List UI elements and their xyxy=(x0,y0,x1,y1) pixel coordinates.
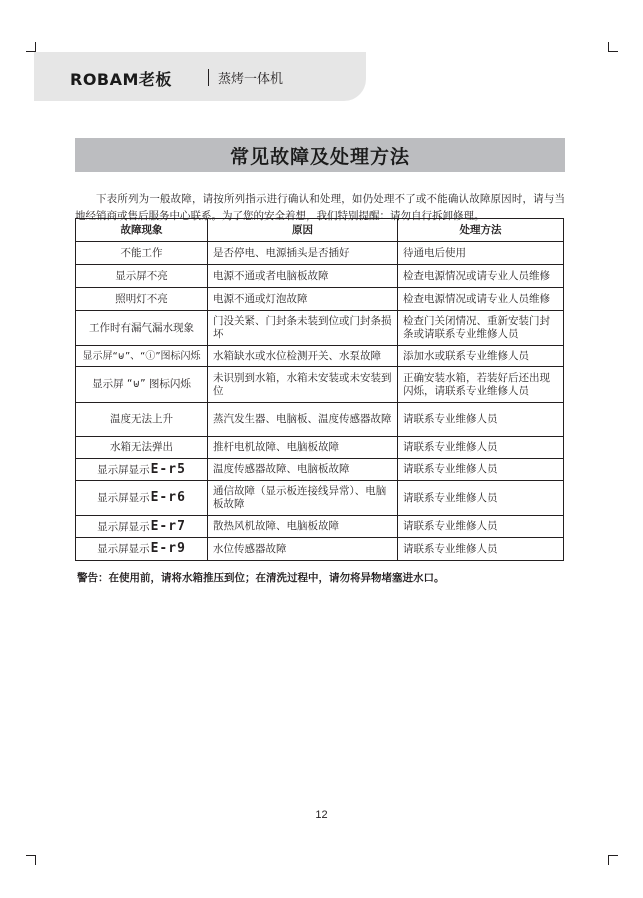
column-header-symptom: 故障现象 xyxy=(76,219,208,242)
solution-cell: 请联系专业维修人员 xyxy=(398,403,564,437)
solution-cell: 检查门关闭情况、重新安装门封条或请联系专业维修人员 xyxy=(398,311,564,346)
cause-cell: 温度传感器故障、电脑板故障 xyxy=(208,459,398,481)
error-code-display: E-r7 xyxy=(151,519,186,534)
symptom-text: 显示屏显示 xyxy=(97,464,150,476)
table-row: 显示屏显示E-r9 水位传感器故障 请联系专业维修人员 xyxy=(76,538,564,561)
symptom-cell: 显示屏不亮 xyxy=(76,265,208,288)
error-code-display: E-r6 xyxy=(151,490,186,505)
cause-cell: 电源不通或灯泡故障 xyxy=(208,288,398,311)
cause-cell: 水位传感器故障 xyxy=(208,538,398,561)
symptom-cell: 显示屏“⊎”、“ⓘ”图标闪烁 xyxy=(76,346,208,367)
symptom-cell: 显示屏显示E-r7 xyxy=(76,516,208,538)
crop-mark-top-right xyxy=(608,42,618,52)
error-code-display: E-r5 xyxy=(151,462,186,477)
cause-cell: 水箱缺水或水位检测开关、水泵故障 xyxy=(208,346,398,367)
cause-cell: 散热风机故障、电脑板故障 xyxy=(208,516,398,538)
symptom-text: 显示屏显示 xyxy=(97,492,150,504)
section-title: 常见故障及处理方法 xyxy=(230,142,410,169)
crop-mark-top-left xyxy=(26,42,36,52)
solution-cell: 检查电源情况或请专业人员维修 xyxy=(398,288,564,311)
column-header-solution: 处理方法 xyxy=(398,219,564,242)
brand-logo: ROBAM老板 xyxy=(70,67,172,90)
cause-cell: 电源不通或者电脑板故障 xyxy=(208,265,398,288)
cause-cell: 蒸汽发生器、电脑板、温度传感器故障 xyxy=(208,403,398,437)
solution-cell: 请联系专业维修人员 xyxy=(398,516,564,538)
symptom-cell: 显示屏 “⊎” 图标闪烁 xyxy=(76,367,208,403)
symptom-text: 照明灯不亮 xyxy=(115,293,168,305)
symptom-text: 显示屏不亮 xyxy=(115,270,168,282)
solution-cell: 请联系专业维修人员 xyxy=(398,481,564,516)
symptom-text: 温度无法上升 xyxy=(110,413,173,425)
table-row: 显示屏“⊎”、“ⓘ”图标闪烁 水箱缺水或水位检测开关、水泵故障 添加水或联系专业… xyxy=(76,346,564,367)
table-row: 显示屏显示E-r5 温度传感器故障、电脑板故障 请联系专业维修人员 xyxy=(76,459,564,481)
symptom-cell: 工作时有漏气漏水现象 xyxy=(76,311,208,346)
solution-cell: 正确安装水箱，若装好后还出现闪烁，请联系专业维修人员 xyxy=(398,367,564,403)
solution-cell: 请联系专业维修人员 xyxy=(398,437,564,459)
warning-note: 警告：在使用前，请将水箱推压到位；在清洗过程中，请勿将异物堵塞进水口。 xyxy=(77,570,445,585)
error-code-display: E-r9 xyxy=(151,541,186,556)
symptom-text: 水箱无法弹出 xyxy=(110,441,173,453)
crop-mark-bottom-left xyxy=(26,855,36,865)
symptom-cell: 显示屏显示E-r9 xyxy=(76,538,208,561)
symptom-text: 显示屏“⊎”、“ⓘ”图标闪烁 xyxy=(82,351,200,362)
section-title-band: 常见故障及处理方法 xyxy=(75,138,565,172)
solution-cell: 检查电源情况或请专业人员维修 xyxy=(398,265,564,288)
troubleshooting-table: 故障现象 原因 处理方法 不能工作 是否停电、电源插头是否插好 待通电后使用 显… xyxy=(75,218,564,561)
symptom-cell: 水箱无法弹出 xyxy=(76,437,208,459)
table-row: 显示屏不亮 电源不通或者电脑板故障 检查电源情况或请专业人员维修 xyxy=(76,265,564,288)
cause-cell: 是否停电、电源插头是否插好 xyxy=(208,242,398,265)
cause-cell: 未识别到水箱，水箱未安装或未安装到位 xyxy=(208,367,398,403)
symptom-text: 不能工作 xyxy=(121,247,163,259)
table-row: 温度无法上升 蒸汽发生器、电脑板、温度传感器故障 请联系专业维修人员 xyxy=(76,403,564,437)
table-row: 水箱无法弹出 推杆电机故障、电脑板故障 请联系专业维修人员 xyxy=(76,437,564,459)
cause-cell: 推杆电机故障、电脑板故障 xyxy=(208,437,398,459)
symptom-text: 显示屏显示 xyxy=(97,543,150,555)
table-row: 显示屏显示E-r6 通信故障（显示板连接线异常）、电脑板故障 请联系专业维修人员 xyxy=(76,481,564,516)
column-header-cause: 原因 xyxy=(208,219,398,242)
page-number: 12 xyxy=(0,809,643,821)
symptom-text: 工作时有漏气漏水现象 xyxy=(89,322,194,334)
table-row: 不能工作 是否停电、电源插头是否插好 待通电后使用 xyxy=(76,242,564,265)
symptom-cell: 照明灯不亮 xyxy=(76,288,208,311)
running-header: ROBAM老板 蒸烤一体机 xyxy=(34,52,366,101)
symptom-cell: 显示屏显示E-r5 xyxy=(76,459,208,481)
symptom-cell: 温度无法上升 xyxy=(76,403,208,437)
solution-cell: 待通电后使用 xyxy=(398,242,564,265)
cause-cell: 门没关紧、门封条未装到位或门封条损坏 xyxy=(208,311,398,346)
table-row: 工作时有漏气漏水现象 门没关紧、门封条未装到位或门封条损坏 检查门关闭情况、重新… xyxy=(76,311,564,346)
symptom-text: 显示屏 “⊎” 图标闪烁 xyxy=(92,378,191,390)
symptom-text: 显示屏显示 xyxy=(97,521,150,533)
symptom-cell: 不能工作 xyxy=(76,242,208,265)
solution-cell: 添加水或联系专业维修人员 xyxy=(398,346,564,367)
solution-cell: 请联系专业维修人员 xyxy=(398,459,564,481)
symptom-cell: 显示屏显示E-r6 xyxy=(76,481,208,516)
product-name: 蒸烤一体机 xyxy=(218,68,283,87)
table-row: 照明灯不亮 电源不通或灯泡故障 检查电源情况或请专业人员维修 xyxy=(76,288,564,311)
solution-cell: 请联系专业维修人员 xyxy=(398,538,564,561)
table-header-row: 故障现象 原因 处理方法 xyxy=(76,219,564,242)
table-row: 显示屏显示E-r7 散热风机故障、电脑板故障 请联系专业维修人员 xyxy=(76,516,564,538)
crop-mark-bottom-right xyxy=(608,855,618,865)
cause-cell: 通信故障（显示板连接线异常）、电脑板故障 xyxy=(208,481,398,516)
table-row: 显示屏 “⊎” 图标闪烁 未识别到水箱，水箱未安装或未安装到位 正确安装水箱，若… xyxy=(76,367,564,403)
header-divider xyxy=(208,69,209,86)
